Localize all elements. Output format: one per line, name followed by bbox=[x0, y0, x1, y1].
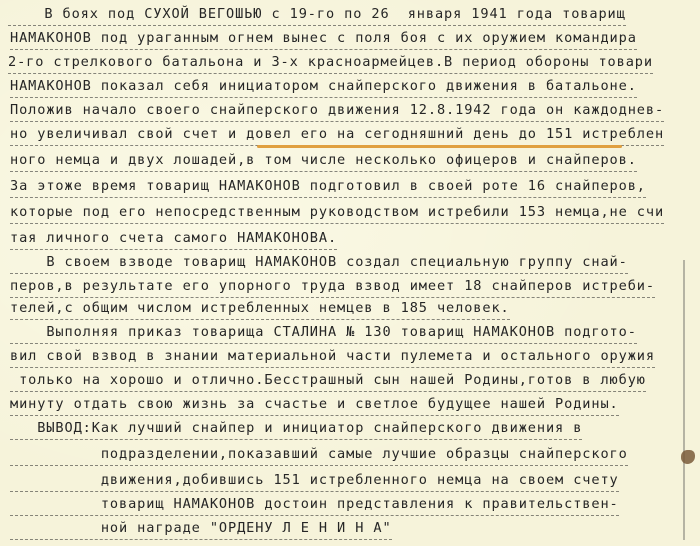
text-line-7: ного немца и двух лошадей,в том числе не… bbox=[10, 150, 637, 172]
text-line-22: ной награде "ОРДЕНУ Л Е Н И Н А" bbox=[10, 518, 392, 540]
text-line-19: подразделении,показавший самые лучшие об… bbox=[10, 444, 628, 466]
highlight-underline bbox=[257, 145, 622, 148]
text-line-11: В своем взводе товарищ НАМАКОНОВ создал … bbox=[10, 252, 628, 274]
text-line-14: Выполняя приказ товарища СТАЛИНА № 130 т… bbox=[10, 322, 637, 344]
text-line-13: телей,с общим числом истребленных немцев… bbox=[10, 298, 510, 320]
text-line-21: товарищ НАМАКОНОВ достоин представления … bbox=[10, 494, 619, 516]
text-line-15: вил свой взвод в знании материальной час… bbox=[10, 346, 655, 368]
paper-stain bbox=[681, 450, 695, 464]
text-line-6: но увеличивал свой счет и довел его на с… bbox=[10, 124, 664, 146]
text-line-3: 2-го стрелкового батальона и 3-х красноа… bbox=[8, 52, 653, 74]
text-line-17: минуту отдать свою жизнь за счастье и св… bbox=[10, 394, 619, 416]
text-line-9: которые под его непосредственным руковод… bbox=[10, 202, 664, 224]
text-line-12: перов,в результате его упорного труда вз… bbox=[10, 276, 655, 298]
text-line-18: ВЫВОД:Как лучший снайпер и инициатор сна… bbox=[10, 418, 582, 440]
text-line-16: только на хорошо и отлично.Бесстрашный с… bbox=[10, 370, 646, 392]
text-line-4: НАМАКОНОВ показал себя инициатором снайп… bbox=[10, 76, 637, 98]
text-line-5: Положив начало своего снайперского движе… bbox=[10, 100, 664, 122]
text-line-2: НАМАКОНОВ под ураганным огнем вынес с по… bbox=[10, 28, 637, 50]
text-line-1: В боях под СУХОЙ ВЕГОШЬЮ с 19-го по 26 я… bbox=[8, 4, 626, 26]
text-line-20: движения,добившись 151 истребленного нем… bbox=[10, 470, 619, 492]
text-line-10: тая личного счета самого НАМАКОНОВА. bbox=[10, 228, 337, 250]
document-page: В боях под СУХОЙ ВЕГОШЬЮ с 19-го по 26 я… bbox=[0, 0, 700, 546]
margin-mark bbox=[683, 260, 685, 540]
text-line-8: За этоже время товарищ НАМАКОНОВ подгото… bbox=[10, 176, 646, 198]
